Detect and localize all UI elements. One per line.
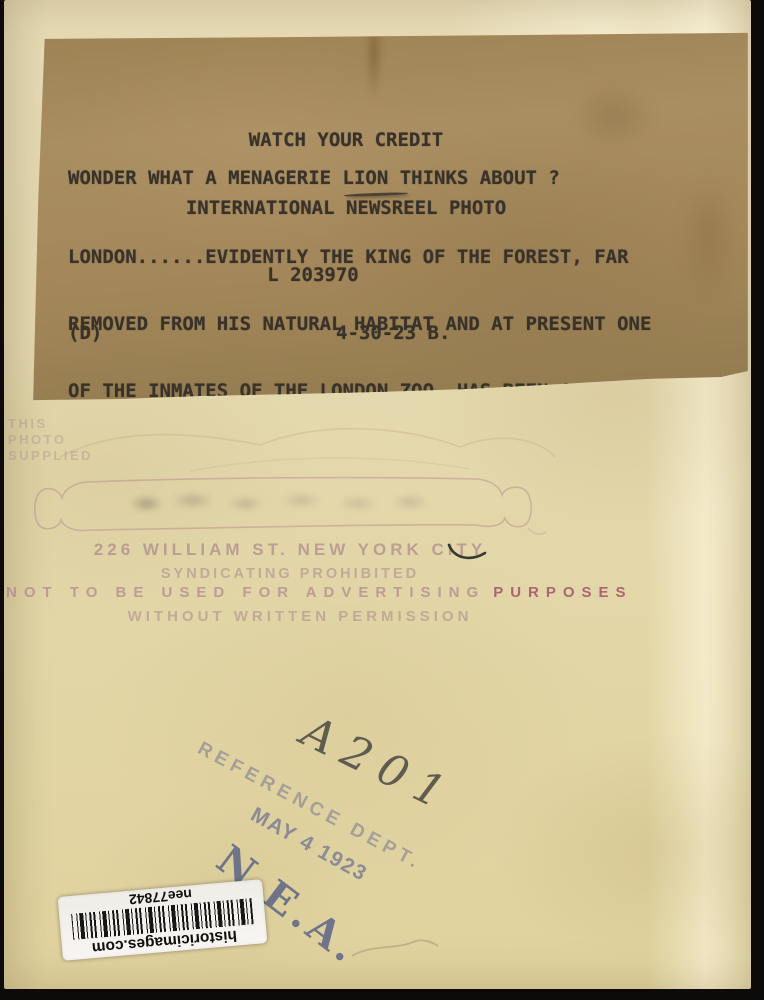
- stamp-advertising-line: NOT TO BE USED FOR ADVERTISINGPURPOSES: [6, 584, 686, 601]
- caption-body-line: LONDON......EVIDENTLY THE KING OF THE FO…: [68, 246, 697, 268]
- caption-headline: WONDER WHAT A MENAGERIE LION THINKS ABOU…: [68, 167, 560, 189]
- stamp-syndicating-line: SYNDICATING PROHIBITED: [55, 566, 525, 582]
- pen-checkmark-icon: [446, 538, 490, 568]
- caption-date: 4-30-23 B.: [336, 322, 450, 344]
- stamp-permission-line: WITHOUT WRITTEN PERMISSION: [120, 608, 480, 625]
- caption-marker: (D): [68, 322, 102, 344]
- credit-line: WATCH YOUR CREDIT: [31, 129, 661, 152]
- pencil-scribble: [350, 938, 440, 962]
- stamp-advertising-emphasis: PURPOSES: [493, 584, 632, 601]
- caption-label: WATCH YOUR CREDIT INTERNATIONAL NEWSREEL…: [31, 31, 750, 405]
- ribbon-faded-text: [120, 486, 450, 518]
- stamp-advertising-text: NOT TO BE USED FOR ADVERTISING: [6, 584, 485, 601]
- photo-back-scan: WATCH YOUR CREDIT INTERNATIONAL NEWSREEL…: [0, 0, 764, 1000]
